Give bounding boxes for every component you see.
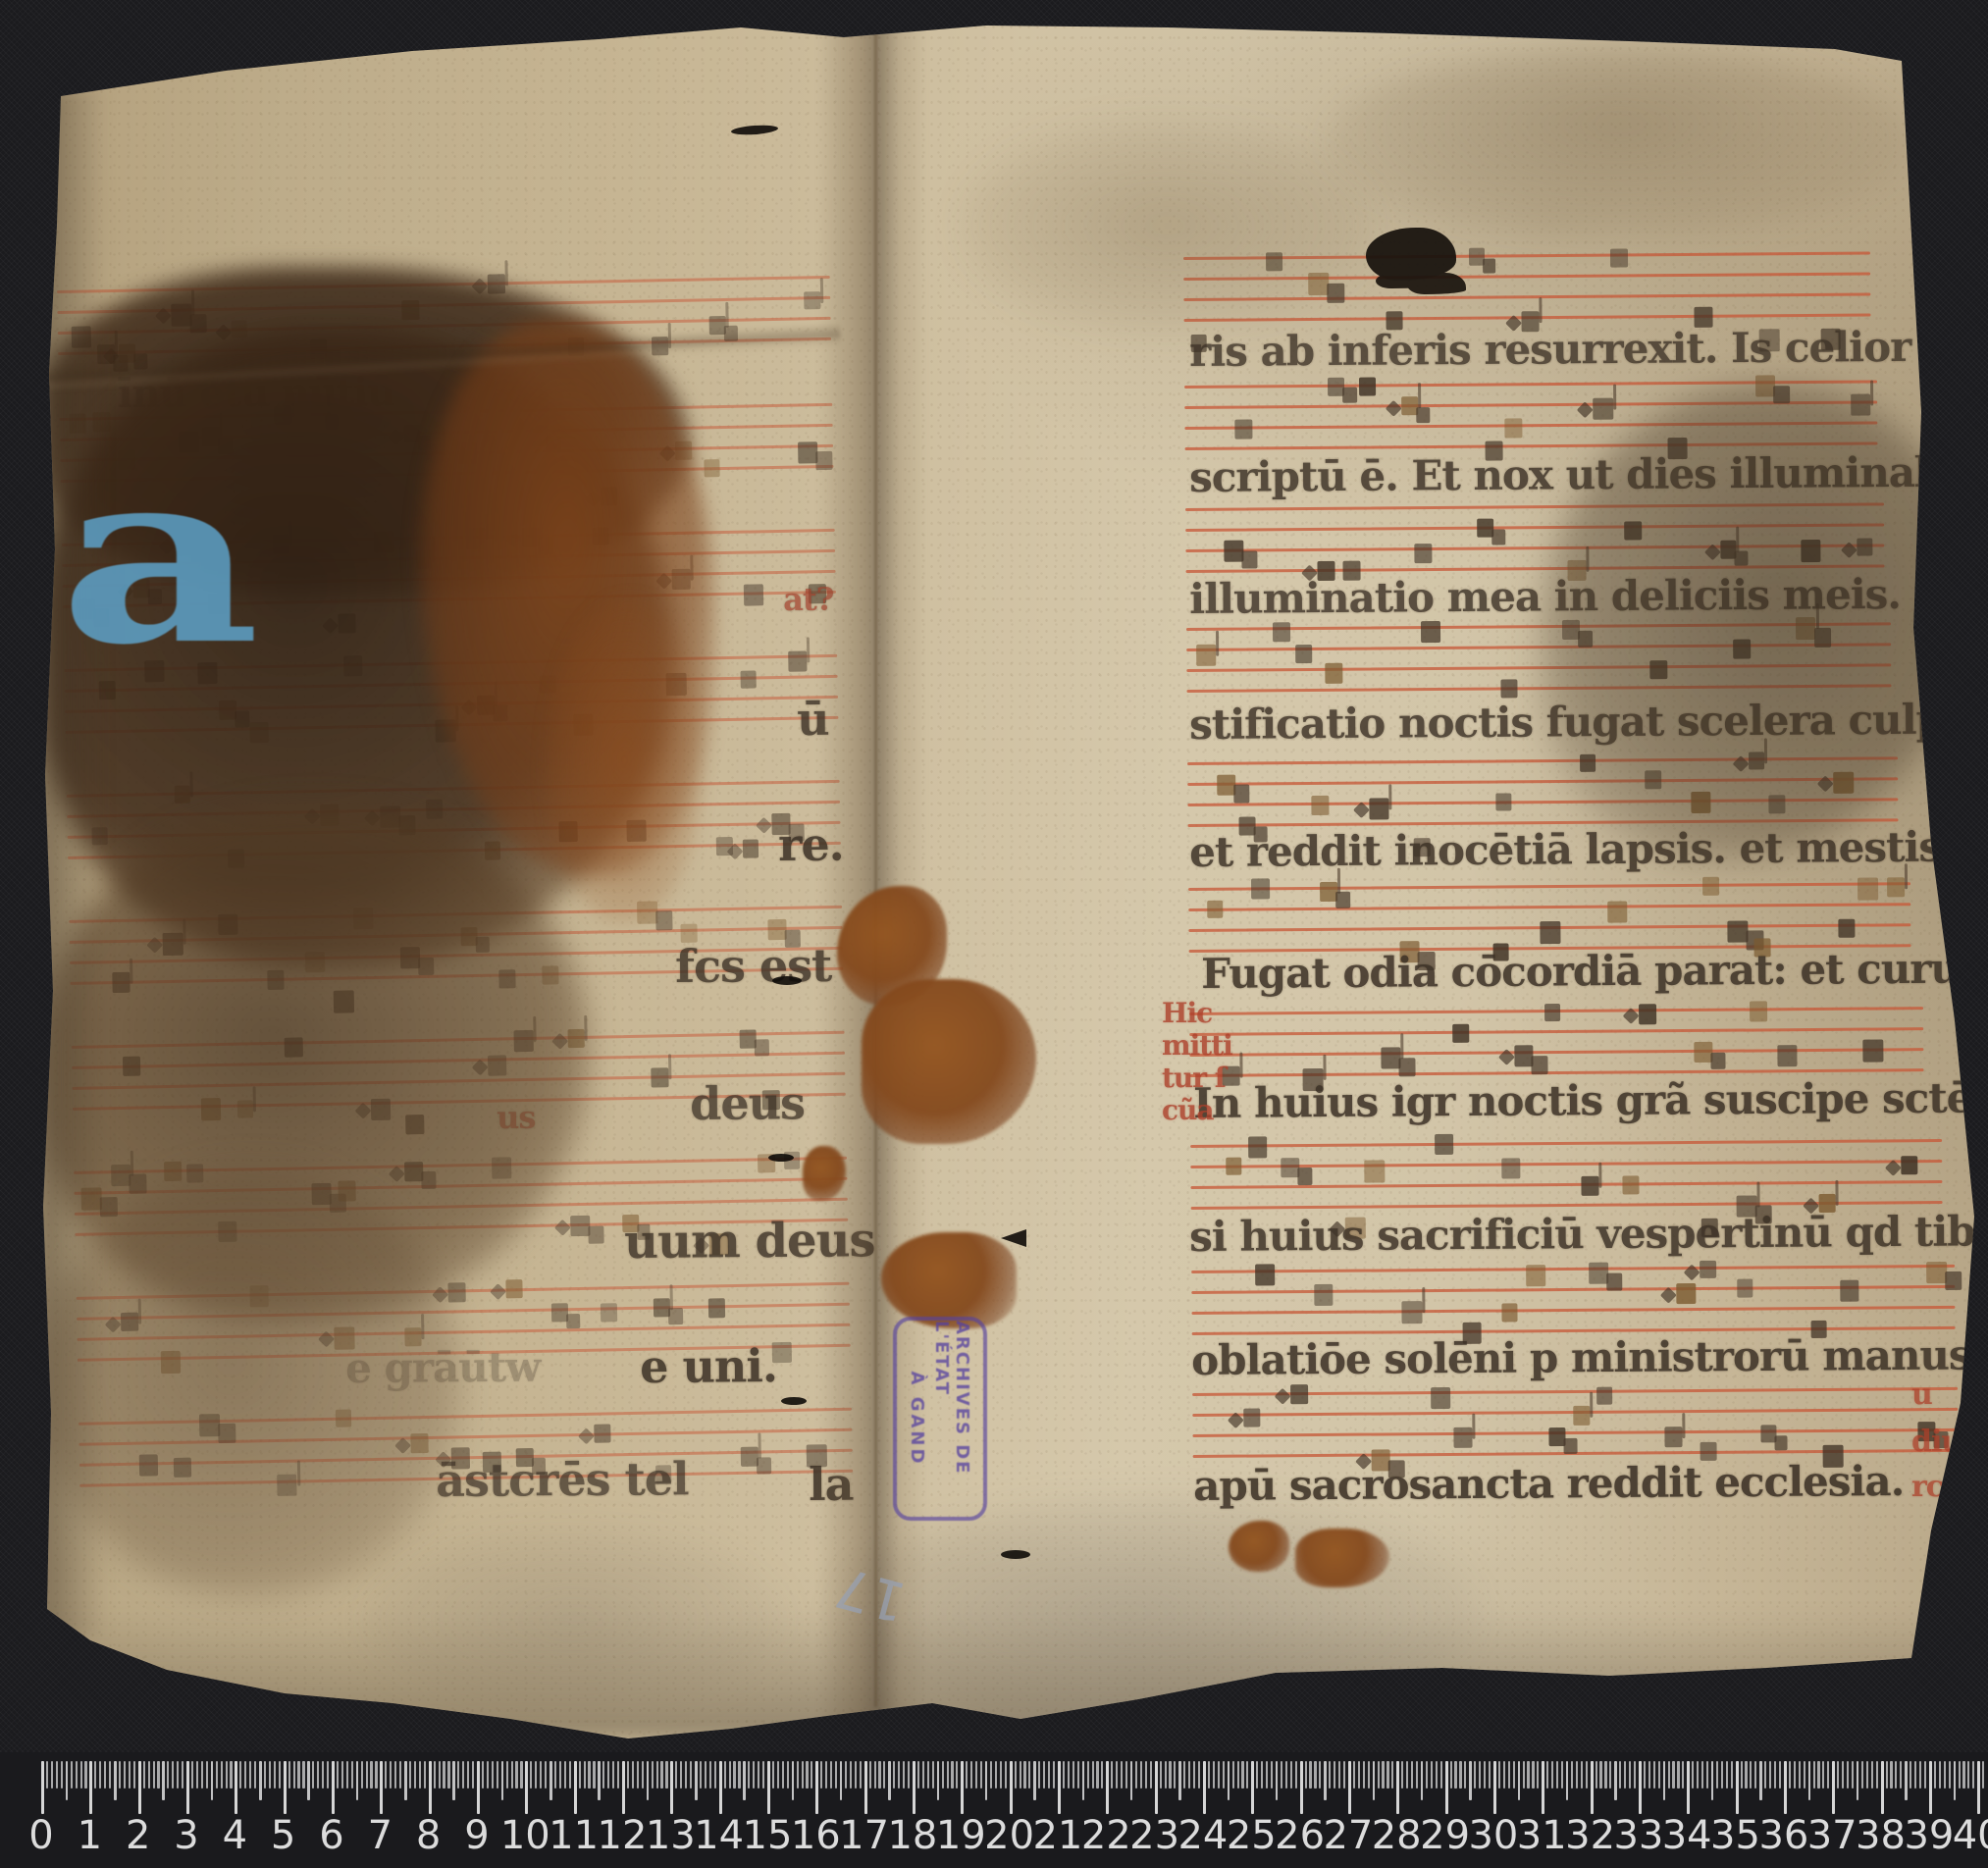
ruler-tick [1125, 1761, 1127, 1789]
left-page-fragment: āstcrēs tel [436, 1452, 689, 1507]
ruler-tick [1401, 1761, 1403, 1789]
neume-square [371, 1098, 392, 1120]
neume-square [665, 673, 686, 696]
chant-text-line: scriptū ē. Et nox ut dies illuminabr et … [1189, 447, 1988, 501]
ruler-tick [1784, 1761, 1787, 1814]
neume-tail [1422, 1288, 1425, 1314]
neume-square [91, 827, 108, 846]
ruler-number: 30 [1468, 1813, 1518, 1858]
ruler-tick [1251, 1761, 1254, 1814]
ruler-tick [1373, 1761, 1376, 1800]
ruler-tick [515, 1761, 517, 1789]
ruler-tick [279, 1761, 281, 1789]
ruler-tick [1599, 1761, 1601, 1789]
ruler-tick [540, 1761, 542, 1789]
neume-square [1501, 1158, 1520, 1178]
ruler-tick [1082, 1761, 1085, 1800]
neume-square [1431, 1387, 1450, 1409]
neume-square [1297, 1167, 1313, 1185]
ruler-tick [1779, 1761, 1781, 1789]
neume-square [1749, 752, 1765, 770]
ruler-number: 19 [936, 1813, 986, 1858]
ruler-tick [172, 1761, 174, 1789]
ruler-tick [1905, 1761, 1908, 1800]
neume-square [380, 805, 400, 828]
ruler-number: 13 [646, 1813, 696, 1858]
ruler-tick [221, 1761, 223, 1789]
neume-square [652, 337, 668, 355]
ruler-tick [1799, 1761, 1801, 1789]
ruler-tick [1309, 1761, 1311, 1789]
ruler-tick [1977, 1761, 1980, 1814]
ruler-tick [1188, 1761, 1190, 1789]
ruler-tick [845, 1761, 847, 1789]
neume-square [755, 1039, 769, 1056]
ruler-tick [1604, 1761, 1606, 1789]
ruler-tick [1711, 1761, 1714, 1800]
ruler-number: 4 [223, 1813, 247, 1858]
ruler-tick [922, 1761, 924, 1789]
neume-square [1710, 1053, 1726, 1070]
ruler-tick [627, 1761, 629, 1789]
ruler-tick [961, 1761, 964, 1814]
ruler-tick [1368, 1761, 1370, 1789]
neume-square [465, 527, 486, 549]
ruler-tick [1015, 1761, 1017, 1789]
chant-text-line: illuminatio mea in deliciis meis. Huius [1189, 569, 1988, 623]
neume-square [1243, 1408, 1260, 1427]
ruler-tick [114, 1761, 117, 1800]
ruler-tick [1348, 1761, 1351, 1814]
neume-square [1624, 521, 1642, 541]
ruler-tick [375, 1761, 377, 1789]
illuminated-initial: a [59, 438, 261, 677]
neume-square [1606, 1272, 1623, 1291]
ruler-tick [1731, 1761, 1733, 1789]
ruler-tick [1391, 1761, 1393, 1789]
archive-stamp-line1: ARCHIVES DE L'ÉTAT [932, 1321, 973, 1517]
ruler-tick [1745, 1761, 1747, 1789]
ruler-tick [947, 1761, 949, 1789]
neume-tail [485, 513, 488, 539]
ruler-tick [1479, 1761, 1481, 1789]
chant-text-line: si huius sacrificiū vespertinū qd tibi i… [1189, 1206, 1988, 1261]
neume-square [1945, 1271, 1962, 1290]
neume-square [200, 1098, 221, 1120]
ruler-tick [1426, 1761, 1428, 1789]
neume-square [592, 527, 608, 545]
ruler-tick [1256, 1761, 1258, 1789]
neume-square [130, 1174, 146, 1193]
ruler-tick [1464, 1761, 1466, 1789]
neume-square [416, 550, 433, 569]
ruler-tick [1871, 1761, 1873, 1789]
ruler-tick [1145, 1761, 1147, 1789]
ruler-tick [1634, 1761, 1636, 1789]
ruler-tick [434, 1761, 436, 1789]
ruler-tick [1386, 1761, 1388, 1789]
ruler-number: 38 [1856, 1813, 1906, 1858]
ruler-tick [351, 1761, 353, 1789]
ruler-tick [917, 1761, 919, 1789]
ruler-tick [46, 1761, 48, 1789]
neume-square [543, 965, 559, 984]
neume-square [426, 800, 444, 819]
ruler-tick [1295, 1761, 1297, 1789]
ruler-tick [652, 1761, 654, 1789]
ruler-tick [690, 1761, 692, 1789]
ruler-tick [41, 1761, 44, 1814]
neume-tail [667, 323, 670, 348]
ruler-tick [1566, 1761, 1569, 1800]
neume-square [1500, 679, 1518, 699]
neume-square [1737, 1279, 1753, 1298]
ruler-tick [1546, 1761, 1548, 1789]
ruler-tick [439, 1761, 441, 1789]
neume-square [493, 705, 507, 722]
neume-square [249, 722, 269, 743]
ruler-tick [191, 1761, 193, 1789]
ruler-tick [447, 1761, 449, 1789]
neume-square [1234, 419, 1252, 439]
neume-square [1589, 1263, 1608, 1284]
ruler-tick [1890, 1761, 1892, 1789]
neume-square [601, 487, 618, 506]
neume-square [1501, 1304, 1518, 1323]
ruler-tick [1842, 1761, 1844, 1789]
neume-square [568, 337, 585, 356]
neume-tail [183, 919, 185, 945]
ruler-tick [1237, 1761, 1239, 1789]
chant-text-line: stificatio noctis fugat scelera culpas l… [1189, 695, 1988, 749]
ruler-tick [602, 1761, 604, 1789]
ruler-tick [51, 1761, 53, 1789]
ruler-tick [1789, 1761, 1791, 1789]
ruler-tick [1020, 1761, 1021, 1789]
ruler-tick [913, 1761, 916, 1814]
ruler-tick [284, 1761, 287, 1814]
neume-square [1526, 1265, 1545, 1286]
ruler-tick [1489, 1761, 1491, 1789]
ruler-number: 24 [1177, 1813, 1228, 1858]
ruler-number: 18 [887, 1813, 937, 1858]
ruler-tick [56, 1761, 58, 1789]
archive-stamp: ARCHIVES DE L'ÉTAT À GAND [893, 1317, 987, 1521]
neume-square [1255, 1264, 1275, 1285]
ruler-tick [370, 1761, 372, 1789]
ruler-tick [1726, 1761, 1728, 1789]
neume-tail [130, 959, 132, 984]
ruler-tick [675, 1761, 677, 1789]
neume-square [570, 1216, 590, 1237]
ruler-tick [109, 1761, 111, 1789]
ruler-tick [569, 1761, 571, 1789]
neume-square [1544, 1004, 1561, 1022]
ruler-tick [656, 1761, 658, 1789]
ruler-tick [1624, 1761, 1626, 1789]
ruler-number: 23 [1129, 1813, 1179, 1858]
ruler-tick [226, 1761, 228, 1789]
ruler-tick [1106, 1761, 1109, 1814]
neume-square [228, 849, 244, 867]
neume-square [163, 933, 183, 956]
ruler-tick [1218, 1761, 1220, 1789]
ruler-tick [554, 1761, 556, 1789]
archive-stamp-line2: À GAND [908, 1372, 928, 1467]
ruler-tick [307, 1761, 310, 1800]
ruler-tick [1721, 1761, 1723, 1789]
ruler-number: 17 [839, 1813, 889, 1858]
ruler-tick [482, 1761, 484, 1789]
neume-square [1623, 1176, 1640, 1195]
ink-blot [1366, 228, 1456, 281]
ruler-tick [264, 1761, 266, 1789]
neume-square [272, 535, 289, 554]
ruler-tick [467, 1761, 469, 1789]
ruler-tick [738, 1761, 740, 1789]
ruler-tick [1454, 1761, 1456, 1789]
left-page-fragment: e uni. [640, 1339, 777, 1393]
ruler-tick [1193, 1761, 1195, 1789]
ruler-tick [1223, 1761, 1225, 1789]
ruler-tick [579, 1761, 581, 1789]
ruler-tick [1954, 1761, 1957, 1800]
ruler-tick [1116, 1761, 1118, 1789]
neume-square [1702, 877, 1719, 896]
neume-square [123, 1057, 140, 1076]
ruler-tick [1591, 1761, 1594, 1814]
ruler-tick [970, 1761, 972, 1789]
neume-tail [533, 1016, 536, 1042]
ruler-tick [1668, 1761, 1670, 1789]
ruler-tick [787, 1761, 789, 1789]
ruler-tick [511, 1761, 513, 1789]
neume-square [788, 650, 808, 672]
ruler-tick [670, 1761, 673, 1814]
ruler-tick [1523, 1761, 1525, 1789]
ruler-number: 20 [984, 1813, 1034, 1858]
neume-square [1325, 663, 1342, 683]
ruler-tick [1672, 1761, 1674, 1789]
ruler-tick [612, 1761, 614, 1789]
neume-square [488, 1055, 506, 1075]
left-page-fragment: fcs est [675, 939, 831, 993]
ruler-tick [1939, 1761, 1941, 1789]
ruler-number: 5 [271, 1813, 295, 1858]
ruler-tick [665, 1761, 667, 1789]
neume-square [1927, 1262, 1947, 1283]
neume-square [237, 1100, 253, 1117]
neume-square [199, 1414, 220, 1436]
ruler-number: 35 [1710, 1813, 1760, 1858]
ruler-tick [1962, 1761, 1964, 1789]
ruler-tick [1459, 1761, 1461, 1789]
ruler-tick [1701, 1761, 1703, 1789]
neume-square [1728, 920, 1749, 943]
neume-square [723, 326, 737, 341]
neume-square [235, 710, 249, 727]
ruler-tick [1266, 1761, 1268, 1789]
neume-square [1381, 1047, 1400, 1068]
ruler-tick [535, 1761, 537, 1789]
ruler-tick [1687, 1761, 1690, 1814]
parchment-bifolium: ris ab inferis resurrexit. Is celior est… [0, 0, 1988, 1868]
ruler-tick [1416, 1761, 1418, 1789]
neume-square [1561, 620, 1579, 640]
neume-tail [1870, 380, 1873, 405]
ruler-tick [244, 1761, 246, 1789]
neume-square [338, 1180, 356, 1201]
ruler-tick [399, 1761, 401, 1789]
ruler-number: 8 [416, 1813, 441, 1858]
ruler-tick [1290, 1761, 1292, 1789]
ruler-number: 1 [78, 1813, 102, 1858]
ruler-number: 22 [1081, 1813, 1131, 1858]
neume-square [1327, 284, 1344, 303]
neume-square [767, 919, 786, 940]
ruler-number: 37 [1807, 1813, 1857, 1858]
ruler-tick [1895, 1761, 1897, 1789]
neume-square [1578, 631, 1593, 648]
ruler-tick [1876, 1761, 1878, 1789]
neume-tail [1323, 1055, 1326, 1080]
neume-square [540, 675, 556, 694]
neume-square [278, 1475, 297, 1496]
ruler-tick [932, 1761, 934, 1789]
sewing-slit-2 [772, 976, 802, 985]
ruler-tick [167, 1761, 169, 1789]
neume-square [448, 1282, 466, 1302]
ruler-tick [1010, 1761, 1013, 1814]
neume-tail [1598, 1163, 1601, 1188]
neume-square [1694, 1042, 1712, 1063]
ruler-number: 11 [549, 1813, 599, 1858]
neume-tail [137, 1298, 140, 1323]
neume-square [353, 908, 373, 929]
neume-square [218, 1221, 236, 1242]
ruler-tick [1944, 1761, 1946, 1789]
ruler-tick [1111, 1761, 1113, 1789]
neume-square [1768, 795, 1785, 813]
ruler-tick [1832, 1761, 1835, 1814]
ruler-tick [525, 1761, 528, 1814]
neume-square [285, 1037, 303, 1058]
neume-square [1398, 1058, 1415, 1076]
ruler-tick [1305, 1761, 1307, 1789]
neume-square [1266, 252, 1282, 271]
neume-square [1196, 645, 1217, 667]
ruler-tick [1581, 1761, 1583, 1789]
ruler-tick [332, 1761, 335, 1814]
ruler-tick [1281, 1761, 1282, 1789]
neume-square [1887, 878, 1905, 898]
ruler-tick [1208, 1761, 1210, 1789]
ruler-tick [1658, 1761, 1660, 1789]
neume-square [1838, 918, 1856, 938]
ruler-number: 10 [500, 1813, 550, 1858]
ruler-tick [1586, 1761, 1588, 1789]
ruler-tick [1484, 1761, 1486, 1789]
ruler-tick [1406, 1761, 1408, 1789]
neume-square [1573, 1406, 1591, 1426]
ruler-number: 26 [1275, 1813, 1325, 1858]
neume-square [418, 958, 435, 976]
ruler-tick [980, 1761, 982, 1789]
ruler-tick [1716, 1761, 1718, 1789]
ruler-tick [1271, 1761, 1273, 1789]
ruler-tick [1561, 1761, 1563, 1789]
ruler-tick [1576, 1761, 1578, 1789]
ruler-tick [729, 1761, 731, 1789]
ruler-number: 39 [1904, 1813, 1954, 1858]
ruler-tick [129, 1761, 131, 1789]
neume-square [705, 459, 720, 477]
ruler-tick [254, 1761, 256, 1789]
ruler-tick [995, 1761, 997, 1789]
margin-rubric-line: Hic [1162, 997, 1212, 1029]
ruler-tick [94, 1761, 96, 1789]
ruler-tick [302, 1761, 304, 1789]
neume-tail [504, 260, 507, 285]
ruler-tick [61, 1761, 63, 1789]
ruler-number: 21 [1032, 1813, 1082, 1858]
neume-tail [1586, 546, 1589, 572]
ruler-number: 14 [694, 1813, 744, 1858]
ruler-tick [1261, 1761, 1263, 1789]
manuscript-photo-stage: ris ab inferis resurrexit. Is celior est… [0, 0, 1988, 1868]
neume-tail [189, 771, 192, 797]
ruler-tick [598, 1761, 601, 1800]
ruler-tick [76, 1761, 78, 1789]
neume-tail [819, 278, 822, 303]
ruler-number: 28 [1372, 1813, 1422, 1858]
ruler-tick [1866, 1761, 1868, 1789]
chant-text-line: apū sacrosancta reddit ecclesia. [1193, 1457, 1904, 1510]
ruler-tick [956, 1761, 958, 1789]
rust-blob-3 [881, 1232, 1017, 1328]
ruler-tick [89, 1761, 92, 1814]
ruler-tick [259, 1761, 262, 1800]
ruler-tick [1827, 1761, 1829, 1789]
ruler-number: 31 [1517, 1813, 1567, 1858]
ruler-tick [1556, 1761, 1558, 1789]
ruler-tick [317, 1761, 319, 1789]
ruler-tick [327, 1761, 329, 1789]
ruler-tick [1759, 1761, 1762, 1800]
neume-square [1491, 529, 1505, 545]
ruler-tick [497, 1761, 498, 1789]
ruler-tick [685, 1761, 687, 1789]
ruler-tick [1518, 1761, 1521, 1800]
ruler-tick [1101, 1761, 1103, 1789]
ruler-tick [1319, 1761, 1321, 1789]
neume-square [189, 314, 207, 334]
neume-square [121, 1312, 138, 1331]
neume-square [231, 320, 246, 337]
neume-square [1796, 617, 1816, 640]
ruler-tick [1822, 1761, 1824, 1789]
ruler-tick [1653, 1761, 1655, 1789]
ruler-tick [874, 1761, 876, 1789]
neume-square [338, 613, 355, 633]
ruler-tick [830, 1761, 832, 1789]
ruler-tick [1178, 1761, 1181, 1800]
ruler-tick [1005, 1761, 1007, 1789]
ruler-tick [762, 1761, 764, 1789]
ruler-tick [186, 1761, 189, 1814]
sewing-slit-5 [781, 1397, 807, 1405]
ruler-number: 25 [1227, 1813, 1277, 1858]
